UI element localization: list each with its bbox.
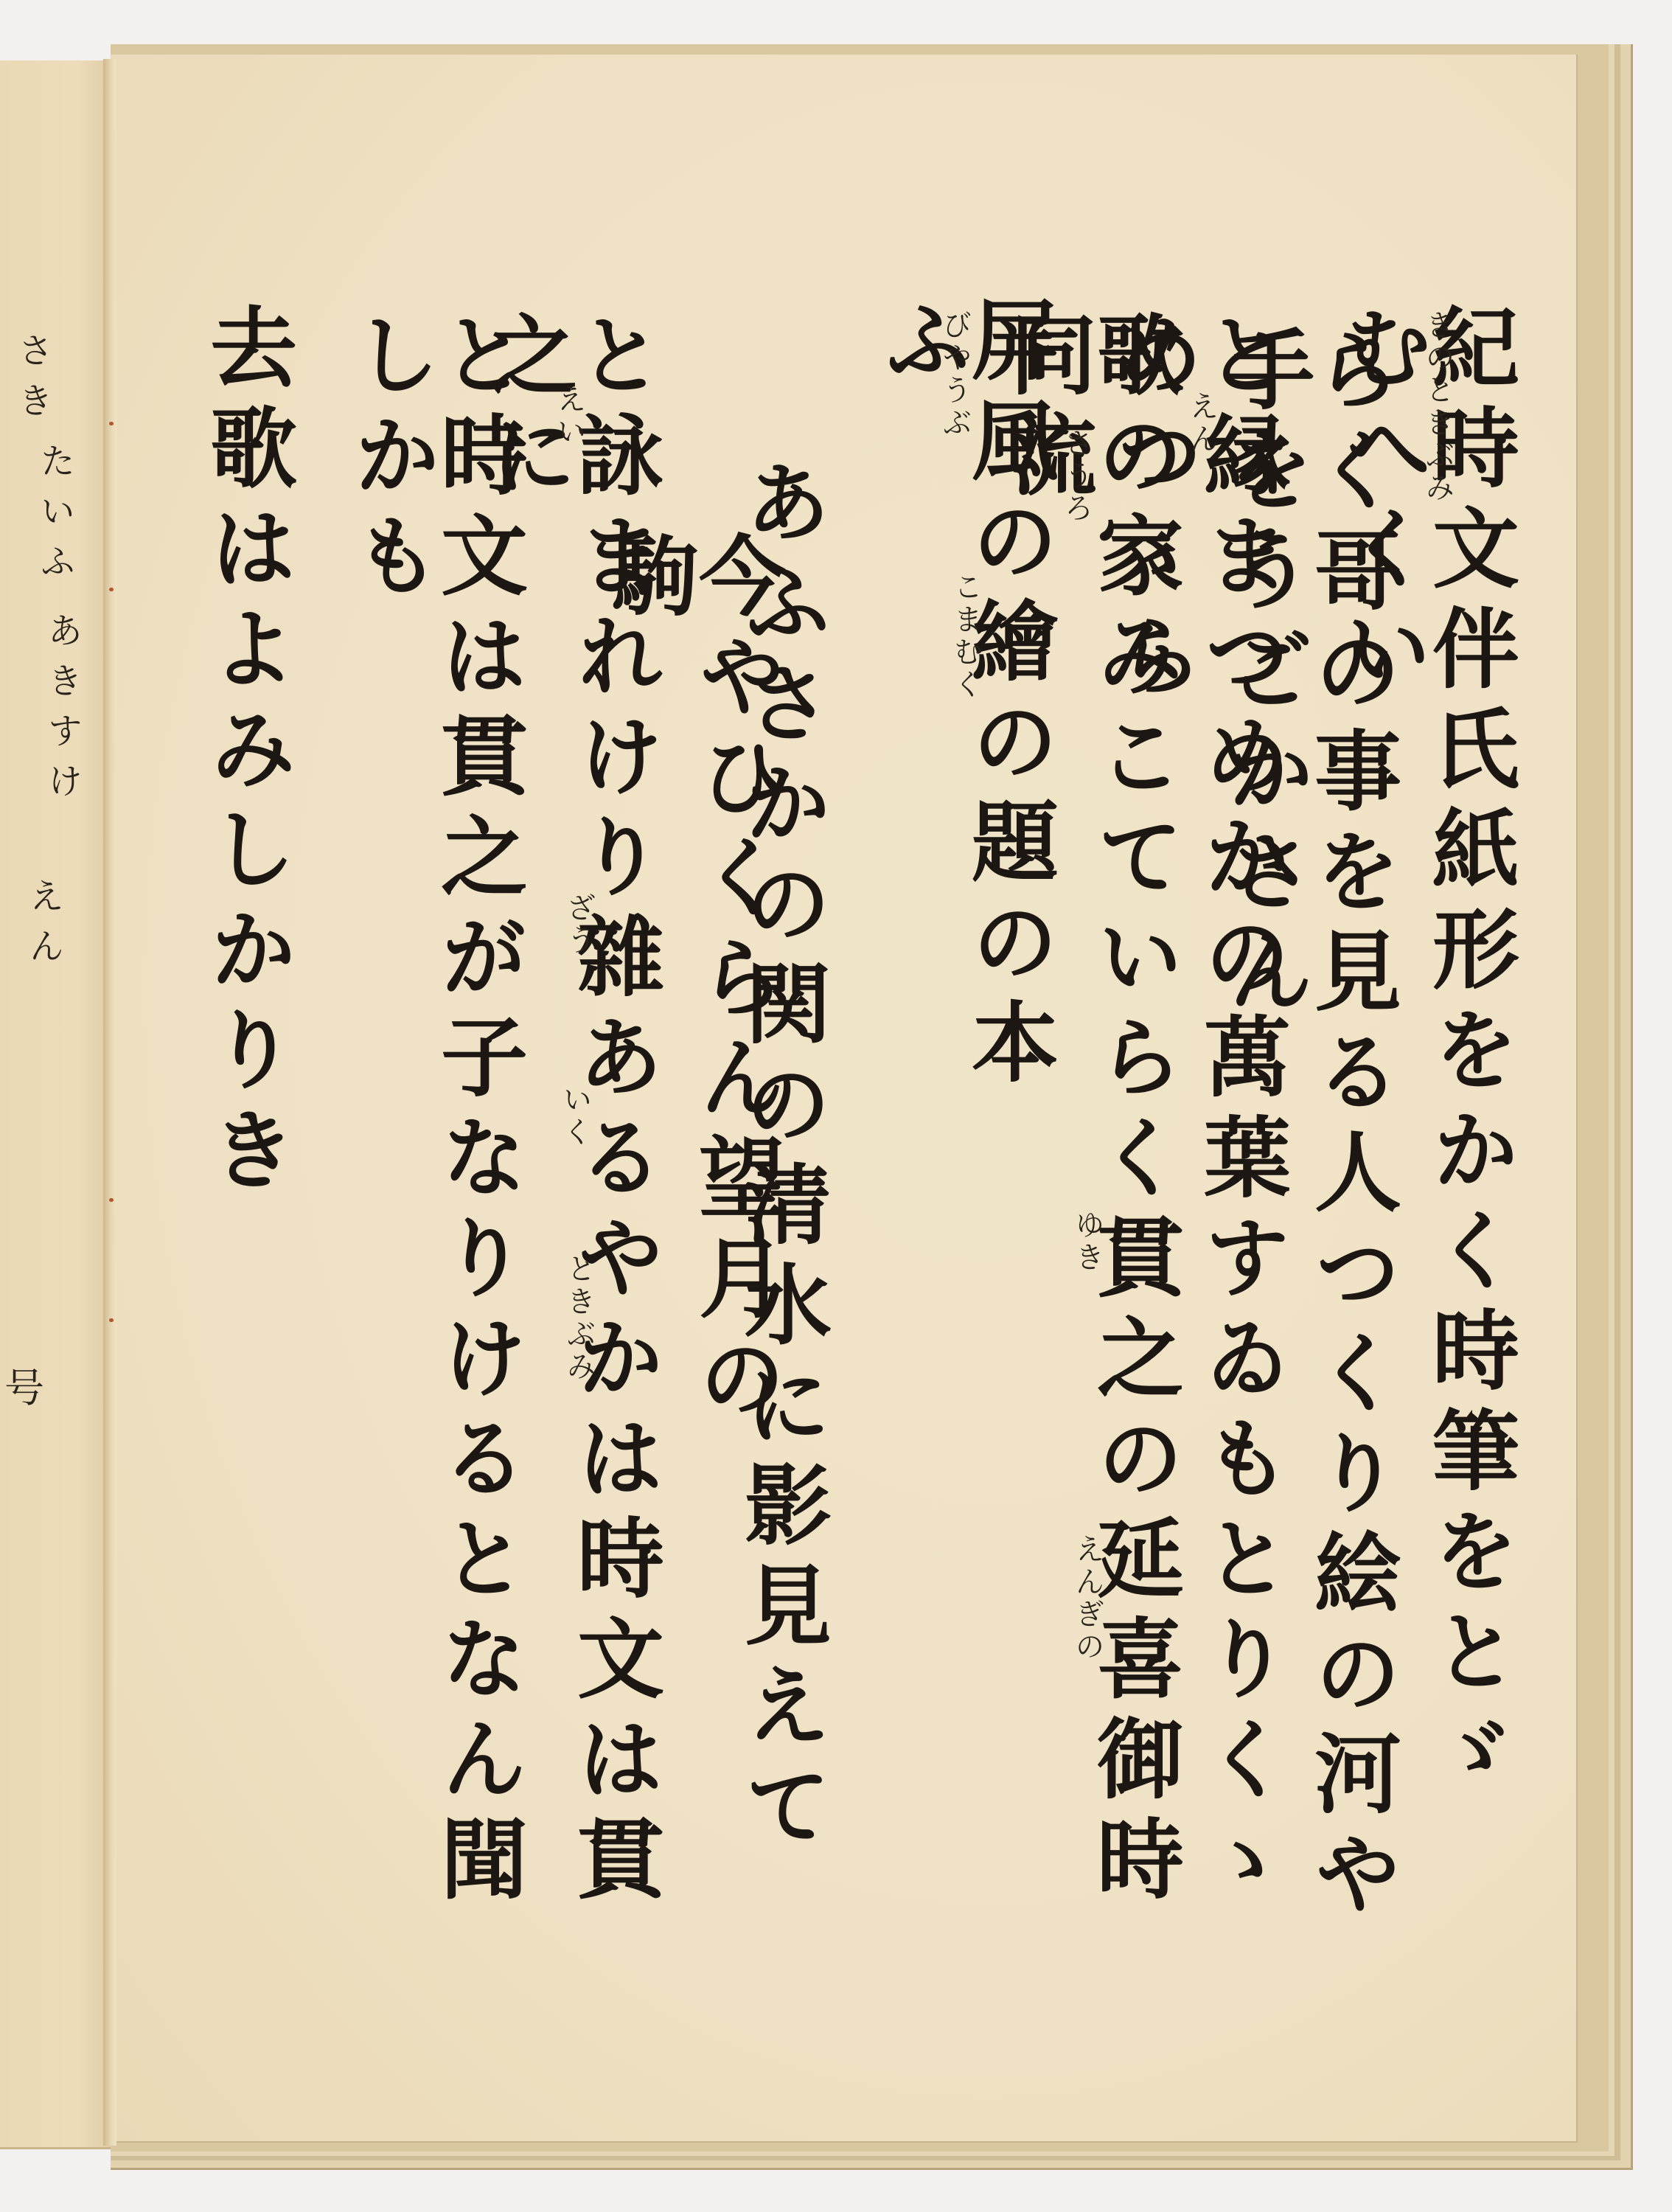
ruby-column-8d: ときぶみ (564, 1253, 593, 1401)
left-page-ruby: えん (18, 877, 69, 1099)
ruby-column-1: きのときぶみ (1423, 310, 1452, 870)
text-column-9: と時文は貫之が子なりけるとなん聞しかも (346, 310, 520, 2006)
ruby-column-8: えい (554, 383, 584, 457)
binding-stitch (109, 422, 114, 425)
ruby-column-3: えん (1187, 391, 1216, 479)
ruby-column-4b: ゆき (1073, 1209, 1102, 1357)
ruby-column-5b: こまむく (951, 571, 980, 734)
text-column-10: 去歌はよみしかりき (203, 302, 290, 1371)
binding-stitch (109, 1318, 114, 1322)
ruby-column-4: さうろ (1062, 428, 1091, 546)
left-page-ruby: あきすけ (37, 612, 88, 833)
ruby-column-8c: いく (560, 1084, 590, 1158)
book-gutter (103, 59, 116, 2146)
left-page-mark: 号 (4, 1357, 44, 1413)
ruby-column-8b: ざう (564, 892, 593, 981)
ruby-column-5: びやうぶ (940, 310, 969, 553)
book-spread: さき たいふ あきすけ えん 号 紀時文伴氏紙形をかく時筆をとゞむへくい きのと… (0, 0, 1672, 2212)
binding-stitch (109, 1198, 114, 1202)
ruby-column-4c: えんぎの (1073, 1534, 1102, 1725)
binding-stitch (109, 588, 114, 591)
